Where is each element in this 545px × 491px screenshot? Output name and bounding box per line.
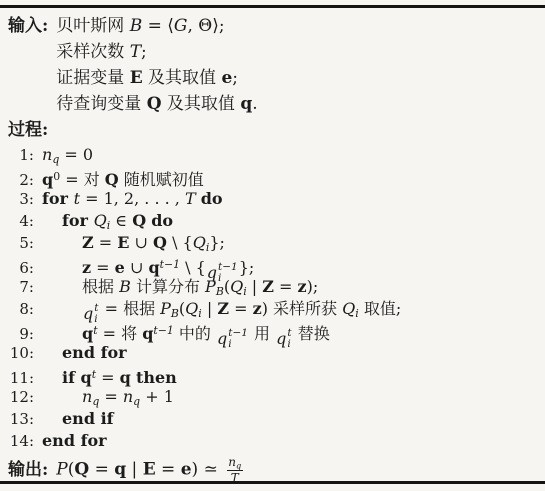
bottom-rule: [0, 481, 545, 484]
input-line: 证据变量 E 及其取值 e;: [56, 65, 257, 91]
algo-step: 12:nq = nq + 1: [8, 386, 541, 408]
algo-step: 8:qti = 根据 PB(Qi | Z = z) 采样所获 Qi 取值;: [8, 298, 541, 320]
top-rule: [0, 5, 545, 8]
step-number: 1:: [8, 144, 34, 166]
algo-step: 6:z = e ∪ qt−1 \ {qt−1i};: [8, 254, 541, 276]
algorithm-content: 输入: 贝叶斯网 B = ⟨G, Θ⟩;采样次数 T;证据变量 E 及其取值 e…: [8, 13, 541, 484]
step-number: 4:: [8, 210, 34, 232]
algo-step: 1:nq = 0: [8, 144, 541, 166]
input-label: 输入:: [8, 13, 48, 39]
step-content: end if: [42, 408, 114, 430]
input-line: 贝叶斯网 B = ⟨G, Θ⟩;: [56, 13, 257, 39]
algo-step: 11:if qt = q then: [8, 364, 541, 386]
algo-step: 5:Z = E ∪ Q \ {Qi};: [8, 232, 541, 254]
step-number: 10:: [8, 342, 34, 364]
algo-step: 13:end if: [8, 408, 541, 430]
sub-sup-variable: qti: [276, 328, 291, 350]
step-number: 12:: [8, 386, 34, 408]
algorithm-page: 输入: 贝叶斯网 B = ⟨G, Θ⟩;采样次数 T;证据变量 E 及其取值 e…: [0, 0, 545, 491]
algo-step: 7:根据 B 计算分布 PB(Qi | Z = z);: [8, 276, 541, 298]
process-label: 过程:: [8, 118, 541, 143]
algo-step: 14:end for: [8, 430, 541, 452]
step-number: 13:: [8, 408, 34, 430]
step-number: 3:: [8, 188, 34, 210]
algo-step: 9:qt = 将 qt−1 中的 qt−1i 用 qti 替换: [8, 320, 541, 342]
input-line: 采样次数 T;: [56, 39, 257, 65]
input-block: 输入: 贝叶斯网 B = ⟨G, Θ⟩;采样次数 T;证据变量 E 及其取值 e…: [8, 13, 541, 117]
output-label: 输出:: [8, 457, 48, 483]
input-line: 待查询变量 Q 及其取值 q.: [56, 91, 257, 117]
step-number: 14:: [8, 430, 34, 452]
algo-step: 4:for Qi ∈ Q do: [8, 210, 541, 232]
step-content: end for: [42, 430, 107, 452]
algo-step: 2:q0 = 对 Q 随机赋初值: [8, 166, 541, 188]
step-number: 8:: [8, 298, 34, 320]
algo-step: 3:for t = 1, 2, . . . , T do: [8, 188, 541, 210]
sub-sup-variable: qt−1i: [217, 328, 248, 350]
step-content: for t = 1, 2, . . . , T do: [42, 188, 223, 210]
step-content: end for: [42, 342, 127, 364]
steps-list: 1:nq = 02:q0 = 对 Q 随机赋初值3:for t = 1, 2, …: [8, 144, 541, 452]
step-number: 5:: [8, 232, 34, 254]
step-number: 7:: [8, 276, 34, 298]
input-lines: 贝叶斯网 B = ⟨G, Θ⟩;采样次数 T;证据变量 E 及其取值 e;待查询…: [56, 13, 257, 117]
